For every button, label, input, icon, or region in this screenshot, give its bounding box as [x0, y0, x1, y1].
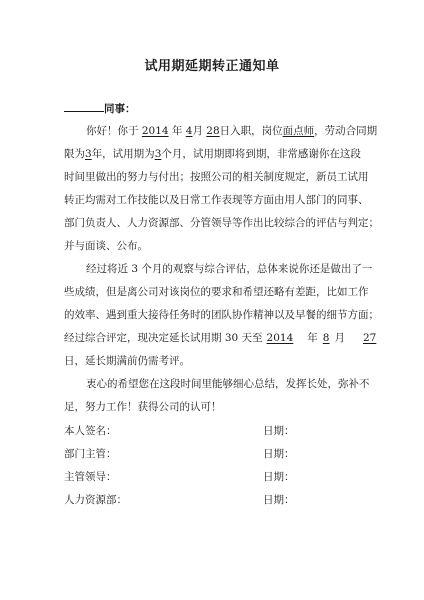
text: ，劳动合同期: [314, 125, 377, 137]
salutation: 同事：: [64, 101, 364, 116]
signature-employee-date-label: 日期：: [263, 423, 295, 438]
paragraph2-line1: 经过将近 3 个月的观察与综合评估，总体来说你还是做出了一: [86, 262, 386, 276]
text: 限为: [64, 148, 85, 160]
document-page: 试用期延期转正通知单 同事： 你好！你于 2014 年 4月 28日入职，岗位面…: [0, 0, 424, 600]
extension-year: 2014: [263, 332, 308, 344]
paragraph1-line6: 并与面谈、公布。: [64, 239, 364, 253]
entry-day: 28: [206, 125, 219, 137]
signature-supervisor-label: 主管领导：: [64, 469, 117, 484]
contract-years: 3: [85, 148, 92, 160]
paragraph2-line3: 的效率、遇到重大接待任务时的团队协作精神以及早餐的细节方面；: [64, 308, 364, 322]
text: 日入职，岗位: [220, 125, 283, 137]
extension-month: 8: [318, 332, 335, 344]
text: 你好！你于: [86, 125, 139, 137]
text: 个月，试用期即将到期，非常感谢你在这段: [161, 148, 361, 160]
signature-hr-date-label: 日期：: [263, 492, 295, 507]
paragraph2-line4: 经过综合评定，现决定延长试用期 30 天至2014年8月27: [64, 331, 364, 345]
paragraph1-line2: 限为3年，试用期为3个月，试用期即将到期，非常感谢你在这段: [64, 147, 364, 161]
paragraph3-line2: 足，努力工作！获得公司的认可！: [64, 400, 364, 414]
paragraph3-line1: 衷心的希望您在这段时间里能够细心总结，发挥长处，弥补不: [86, 377, 386, 391]
paragraph2-line2: 些成绩，但是离公司对该岗位的要求和希望还略有差距，比如工作: [64, 285, 364, 299]
signature-employee-label: 本人签名：: [64, 423, 117, 438]
text: 年，试用期为: [92, 148, 155, 160]
document-title: 试用期延期转正通知单: [0, 55, 424, 74]
text: 月: [334, 332, 345, 344]
position: 面点师: [283, 125, 315, 137]
paragraph1-line5: 部门负责人、人力资源部、分管领导等作出比较综合的评估与判定；: [64, 216, 364, 230]
salutation-suffix: 同事：: [104, 103, 136, 115]
text: 月: [192, 125, 203, 137]
signature-dept-manager-date-label: 日期：: [263, 446, 295, 461]
signature-hr-label: 人力资源部：: [64, 492, 127, 507]
paragraph2-line5: 日，延长期满前仍需考评。: [64, 354, 364, 368]
signature-dept-manager-label: 部门主管：: [64, 446, 117, 461]
paragraph1-line4: 转正均需对工作技能以及日常工作表现等方面由用人部门的同事、: [64, 193, 364, 207]
paragraph1-line3: 时间里做出的努力与付出；按照公司的相关制度规定，新员工试用: [64, 170, 364, 184]
text: 经过综合评定，现决定延长试用期 30 天至: [64, 332, 263, 344]
text: 年: [307, 332, 318, 344]
signature-supervisor-date-label: 日期：: [263, 469, 295, 484]
extension-day: 27: [345, 332, 376, 344]
paragraph1-line1: 你好！你于 2014 年 4月 28日入职，岗位面点师，劳动合同期: [86, 124, 386, 138]
colleague-name-blank: [64, 101, 104, 112]
text: 年: [172, 125, 183, 137]
entry-year: 2014: [142, 125, 169, 137]
